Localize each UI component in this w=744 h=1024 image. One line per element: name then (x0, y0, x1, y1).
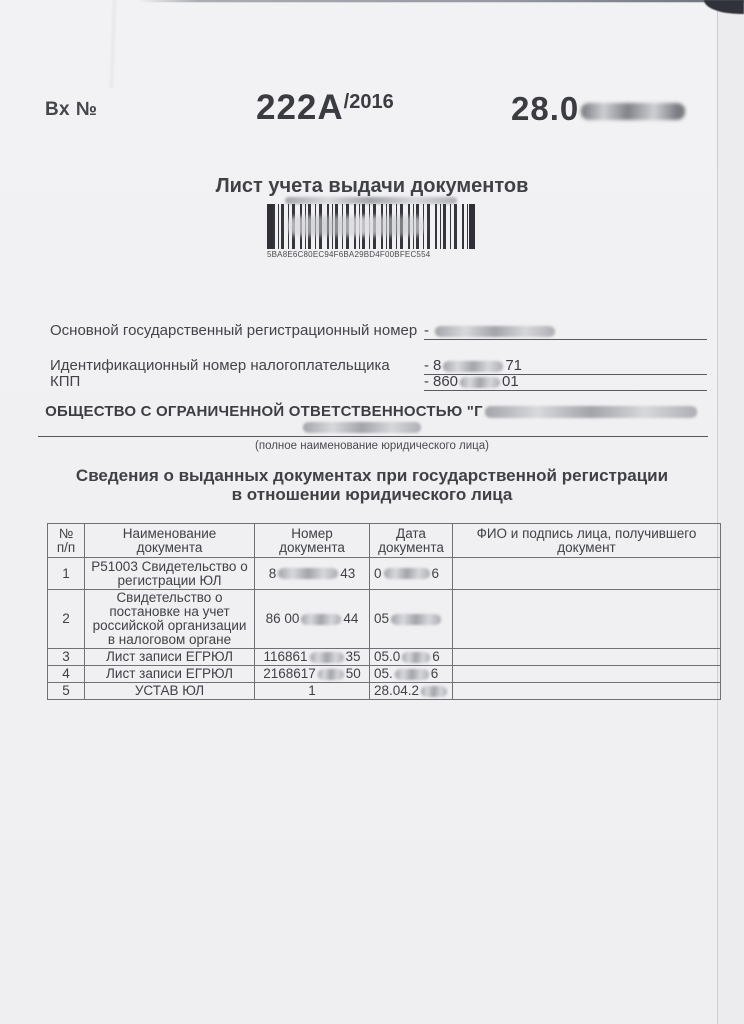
row3-number-pre: 116861 (263, 649, 307, 664)
row1-number-pre: 8 (269, 566, 277, 581)
row5-num: 5 (48, 683, 85, 700)
inn-redacted (443, 361, 503, 372)
row3-fio (453, 649, 721, 666)
company-name-visible: ОБЩЕСТВО С ОГРАНИЧЕННОЙ ОТВЕТСТВЕННОСТЬЮ… (45, 403, 483, 420)
row1-num: 1 (48, 558, 85, 590)
incoming-number-label: Вх № (45, 99, 98, 121)
row1-date-redacted (384, 568, 430, 579)
header-doc-date: Дата документа (370, 524, 453, 558)
row4-doc-date: 05.6 (370, 666, 453, 683)
row4-number-redacted (318, 669, 344, 680)
paper-crease (110, 0, 115, 88)
row1-date-pre: 0 (374, 566, 382, 581)
barcode (267, 204, 475, 249)
table-row: 2 Свидетельство о постановке на учет рос… (48, 590, 721, 649)
row2-num: 2 (48, 590, 85, 649)
table-row: 4 Лист записи ЕГРЮЛ 216861750 05.6 (48, 666, 721, 683)
ogrn-label: Основной государственный регистрационный… (50, 322, 417, 339)
inn-label: Идентификационный номер налогоплательщик… (50, 357, 390, 374)
row5-date-pre: 28.04.2 (374, 683, 419, 698)
row1-fio (453, 558, 721, 590)
row4-name: Лист записи ЕГРЮЛ (85, 666, 255, 683)
row3-doc-date: 05.06 (370, 649, 453, 666)
company-name-redacted2 (303, 422, 421, 433)
table-row: 1 Р51003 Свидетельство о регистрации ЮЛ … (48, 558, 721, 590)
inn-value-pre: 8 (433, 357, 441, 374)
company-name-underline (38, 436, 708, 437)
inn-dash: - (424, 357, 429, 374)
documents-table: № п/п Наименование документа Номер докум… (47, 523, 721, 700)
row4-number-post: 50 (346, 666, 361, 681)
header-name: Наименование документа (85, 524, 255, 558)
kpp-value-pre: 860 (433, 373, 458, 390)
section-heading-line2: в отношении юридического лица (0, 485, 744, 504)
row2-number-pre: 86 00 (266, 611, 300, 626)
row3-doc-number: 11686135 (255, 649, 370, 666)
barcode-top-smudge (285, 197, 457, 204)
kpp-value: -86001 (424, 373, 707, 391)
row1-doc-number: 843 (255, 558, 370, 590)
ogrn-value: - (424, 322, 707, 340)
header-num-line2: п/п (51, 541, 81, 555)
company-name-caption: (полное наименование юридического лица) (0, 440, 744, 452)
row2-doc-number: 86 0044 (255, 590, 370, 649)
scanned-page: Вх № 222А/2016 28.0 Лист учета выдачи до… (0, 0, 744, 1024)
table-header-row: № п/п Наименование документа Номер докум… (48, 524, 721, 558)
header-num-line1: № (51, 527, 81, 541)
ogrn-dash: - (424, 322, 429, 339)
row2-number-redacted (301, 614, 341, 625)
kpp-dash: - (424, 373, 429, 390)
company-name-redacted1 (485, 406, 697, 418)
inn-value-post: 71 (505, 357, 522, 374)
row5-doc-number: 1 (255, 683, 370, 700)
header-fio: ФИО и подпись лица, получившего документ (453, 524, 721, 558)
row3-num: 3 (48, 649, 85, 666)
company-name-line1: ОБЩЕСТВО С ОГРАНИЧЕННОЙ ОТВЕТСТВЕННОСТЬЮ… (0, 403, 744, 420)
section-heading-line1: Сведения о выданных документах при госуд… (0, 466, 744, 485)
incoming-number-year: /2016 (344, 91, 394, 113)
row5-fio (453, 683, 721, 700)
row1-date-post: 6 (432, 566, 440, 581)
stamp-date-redacted (581, 103, 685, 120)
row4-number-pre: 2168617 (263, 666, 316, 681)
row3-number-post: 35 (346, 649, 361, 664)
scanner-top-edge-line (138, 0, 744, 2)
page-title: Лист учета выдачи документов (0, 175, 744, 198)
stamp-date: 28.0 (511, 90, 687, 128)
row2-fio (453, 590, 721, 649)
row4-doc-number: 216861750 (255, 666, 370, 683)
row2-name: Свидетельство о постановке на учет росси… (85, 590, 255, 649)
row5-date-redacted (421, 686, 447, 697)
row3-date-pre: 05.0 (374, 649, 400, 664)
stamp-date-visible: 28.0 (511, 90, 579, 127)
header-doc-number: Номер документа (255, 524, 370, 558)
scanner-corner-shadow (704, 0, 744, 14)
row1-number-post: 43 (340, 566, 355, 581)
table-row: 3 Лист записи ЕГРЮЛ 11686135 05.06 (48, 649, 721, 666)
row3-date-post: 6 (432, 649, 440, 664)
row3-number-redacted (310, 652, 344, 663)
row4-date-redacted (395, 669, 429, 680)
row1-number-redacted (278, 568, 338, 579)
row3-name: Лист записи ЕГРЮЛ (85, 649, 255, 666)
row5-name: УСТАВ ЮЛ (85, 683, 255, 700)
table-row: 5 УСТАВ ЮЛ 1 28.04.2 (48, 683, 721, 700)
scanner-edge-band (717, 0, 744, 1024)
ogrn-redacted (435, 326, 555, 337)
barcode-caption: 5BA8E6C80EC94F6BA29BD4F00BFEC554 (267, 250, 467, 259)
section-heading: Сведения о выданных документах при госуд… (0, 466, 744, 504)
row5-doc-date: 28.04.2 (370, 683, 453, 700)
kpp-redacted (460, 377, 500, 388)
barcode-redacted-smudge (287, 216, 425, 236)
incoming-number-main: 222А (256, 88, 344, 127)
row3-date-redacted (402, 652, 430, 663)
row5-number-pre: 1 (308, 683, 316, 698)
kpp-label: КПП (50, 373, 80, 390)
kpp-value-post: 01 (502, 373, 519, 390)
row2-doc-date: 05 (370, 590, 453, 649)
row4-fio (453, 666, 721, 683)
row2-number-post: 44 (343, 611, 358, 626)
row2-date-pre: 05 (374, 611, 389, 626)
row1-name: Р51003 Свидетельство о регистрации ЮЛ (85, 558, 255, 590)
row2-date-redacted (391, 614, 441, 625)
header-num: № п/п (48, 524, 85, 558)
row4-date-post: 6 (431, 666, 439, 681)
row1-doc-date: 06 (370, 558, 453, 590)
row4-date-pre: 05. (374, 666, 393, 681)
incoming-number-value: 222А/2016 (256, 88, 394, 128)
row4-num: 4 (48, 666, 85, 683)
